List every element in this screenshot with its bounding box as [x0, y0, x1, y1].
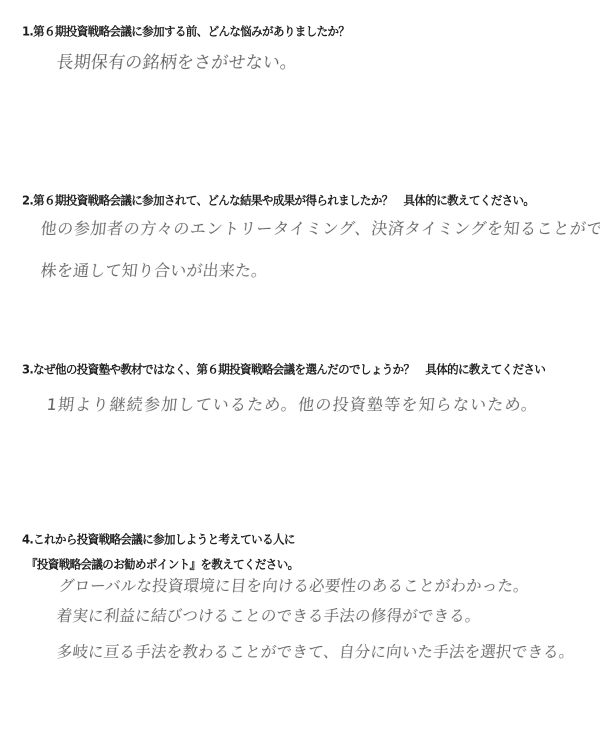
- question-4-answer-line-2: 着実に利益に結びつけることのできる手法の修得ができる。: [56, 604, 482, 626]
- question-2-answer-line-2: 株を通して知り合いが出来た。: [40, 258, 269, 281]
- question-2-answer-line-1: 他の参加者の方々のエントリータイミング、決済タイミングを知ることができた。: [40, 216, 600, 239]
- question-3-answer-line-1: 1期より継続参加しているため。他の投資塾等を知らないため。: [46, 392, 540, 415]
- question-1-prompt: 1.第６期投資戦略会議に参加する前、どんな悩みがありましたか？: [22, 23, 349, 40]
- question-4-answer-line-3: 多岐に亘る手法を教わることができて、自分に向いた手法を選択できる。: [56, 640, 576, 662]
- question-4-prompt-line-1: 4.これから投資戦略会議に参加しようと考えている人に: [22, 531, 295, 548]
- question-4-answer-line-1: グローバルな投資環境に目を向ける必要性のあることがわかった。: [58, 574, 531, 596]
- question-3-prompt: 3.なぜ他の投資塾や教材ではなく、第６期投資戦略会議を選んだのでしょうか？ 具体…: [22, 361, 545, 378]
- question-1-answer-line-1: 長期保有の銘柄をさがせない。: [55, 48, 298, 73]
- question-4-prompt-line-2: 『投資戦略会議のお勧めポイント』を教えてください。: [26, 556, 299, 573]
- question-2-prompt: 2.第６期投資戦略会議に参加されて、どんな結果や成果が得られましたか？ 具体的に…: [22, 192, 534, 209]
